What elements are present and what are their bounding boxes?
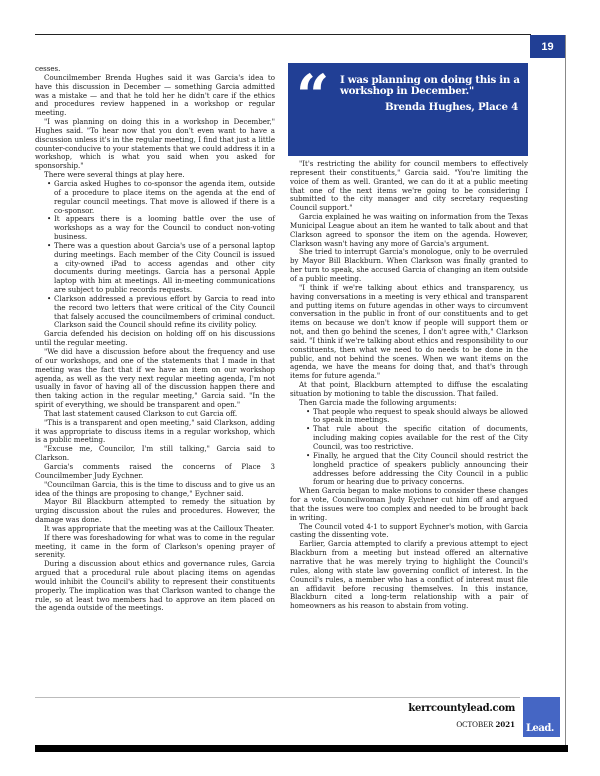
paragraph: During a discussion about ethics and gov… bbox=[35, 560, 275, 613]
paragraph: "Excuse me, Councilor, I'm still talking… bbox=[35, 445, 275, 463]
paragraph: Councilmember Brenda Hughes said it was … bbox=[35, 74, 275, 118]
bullet-item: That rule about the specific citation of… bbox=[313, 425, 528, 452]
paragraph: "Councilman Garcia, this is the time to … bbox=[35, 481, 275, 499]
article-right-column: "It's restricting the ability for counci… bbox=[290, 160, 528, 611]
footer-month: OCTOBER bbox=[456, 720, 493, 729]
quote-mark-icon: “ bbox=[296, 67, 329, 125]
pull-quote: “ I was planning on doing this in a work… bbox=[288, 63, 528, 156]
paragraph: "We did have a discussion before about t… bbox=[35, 348, 275, 410]
page-number: 19 bbox=[541, 41, 553, 53]
paragraph: The Council voted 4-1 to support Eychner… bbox=[290, 523, 528, 541]
paragraph: If there was foreshadowing for what was … bbox=[35, 534, 275, 561]
bullet-item: Clarkson addressed a previous effort by … bbox=[54, 295, 275, 330]
footer-separator bbox=[35, 697, 520, 698]
paragraph: "This is a transparent and open meeting,… bbox=[35, 419, 275, 446]
lead-logo: Lead. bbox=[523, 697, 560, 737]
lead-logo-text: Lead. bbox=[526, 723, 554, 734]
paragraph: Garcia's comments raised the concerns of… bbox=[35, 463, 275, 481]
article-left-column: cesses. Councilmember Brenda Hughes said… bbox=[35, 65, 275, 613]
paragraph: When Garcia began to make motions to con… bbox=[290, 487, 528, 522]
footer-year: 2021 bbox=[496, 720, 515, 729]
bullet-item: That people who request to speak should … bbox=[313, 408, 528, 426]
bullet-item: It appears there is a looming battle ove… bbox=[54, 215, 275, 242]
paragraph: At that point, Blackburn attempted to di… bbox=[290, 381, 528, 399]
bullet-list: That people who request to speak should … bbox=[290, 408, 528, 488]
bullet-item: There was a question about Garcia's use … bbox=[54, 242, 275, 295]
footer-bar bbox=[35, 745, 568, 752]
paragraph: "I think if we're talking about ethics a… bbox=[290, 284, 528, 381]
bullet-list: Garcia asked Hughes to co-sponsor the ag… bbox=[35, 180, 275, 330]
paragraph: "I was planning on doing this in a works… bbox=[35, 118, 275, 171]
footer-website: kerrcountylead.com bbox=[408, 703, 515, 714]
paragraph: "It's restricting the ability for counci… bbox=[290, 160, 528, 213]
paragraph: Garcia explained he was waiting on infor… bbox=[290, 213, 528, 248]
pull-quote-attribution: Brenda Hughes, Place 4 bbox=[385, 101, 518, 113]
bullet-item: Garcia asked Hughes to co-sponsor the ag… bbox=[54, 180, 275, 215]
bullet-item: Finally, he argued that the City Council… bbox=[313, 452, 528, 487]
paragraph: Mayor Bil Blackburn attempted to remedy … bbox=[35, 498, 275, 525]
page-right-border bbox=[565, 35, 566, 747]
page-number-badge: 19 bbox=[530, 35, 565, 58]
header-rule bbox=[35, 34, 531, 35]
paragraph: She tried to interrupt Garcia's monologu… bbox=[290, 248, 528, 283]
paragraph: Earlier, Garcia attempted to clarify a p… bbox=[290, 540, 528, 611]
paragraph: Garcia defended his decision on holding … bbox=[35, 330, 275, 348]
footer-issue-date: OCTOBER 2021 bbox=[456, 720, 515, 729]
pull-quote-text: I was planning on doing this in a worksh… bbox=[340, 75, 525, 97]
